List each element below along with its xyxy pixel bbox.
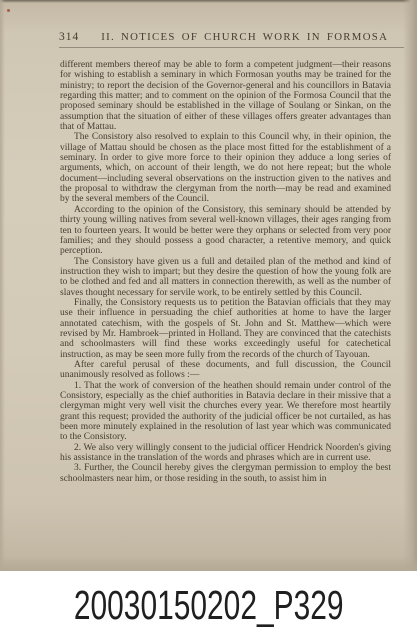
- paragraph: The Consistory also resolved to explain …: [60, 132, 391, 204]
- paragraph: According to the opinion of the Consisto…: [60, 205, 391, 257]
- paragraph: The Consistory have given us a full and …: [60, 257, 391, 298]
- paragraph: After careful perusal of these documents…: [60, 360, 391, 381]
- page-number: 314: [59, 31, 79, 43]
- running-title: II. NOTICES OF CHURCH WORK IN FORMOSA: [101, 31, 388, 43]
- header-rule: [59, 47, 404, 48]
- numbered-resolution-3: 3. Further, the Council hereby gives the…: [60, 463, 391, 484]
- scan-edge-right: [403, 0, 417, 571]
- scan-edge-top: [0, 0, 417, 3]
- numbered-resolution-1: 1. That the work of conversion of the he…: [60, 381, 391, 443]
- page-header: 314 II. NOTICES OF CHURCH WORK IN FORMOS…: [59, 31, 403, 43]
- paragraph: different members thereof may be able to…: [60, 60, 391, 132]
- page-scan-background: 314 II. NOTICES OF CHURCH WORK IN FORMOS…: [0, 0, 417, 571]
- scan-edge-left: [0, 0, 5, 571]
- paragraph: Finally, the Consistory requests us to p…: [60, 298, 391, 360]
- scan-edge-bottom: [0, 556, 417, 571]
- scan-artifact-speck: [7, 9, 10, 12]
- numbered-resolution-2: 2. We also very willingly consent to the…: [60, 443, 391, 464]
- archive-id-label: 20030150202_P329: [74, 582, 344, 629]
- page-body: different members thereof may be able to…: [60, 60, 391, 484]
- archive-label-strip: 20030150202_P329: [0, 571, 417, 640]
- scanned-book-page: 314 II. NOTICES OF CHURCH WORK IN FORMOS…: [0, 0, 417, 640]
